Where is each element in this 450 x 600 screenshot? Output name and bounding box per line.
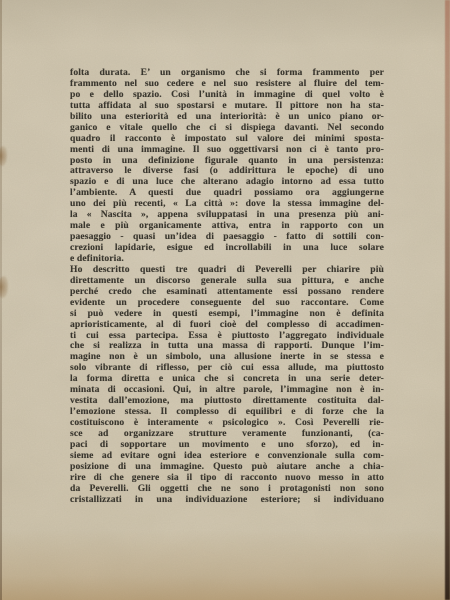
- text-line: menti di una immagine. Il suo oggettivar…: [70, 145, 384, 156]
- text-line: si può vedere in questi esempi, l’immagi…: [70, 309, 384, 320]
- book-page: folta durata. E’ un organismo che si for…: [0, 0, 450, 600]
- text-line: da Peverelli. Gli oggetti che ne sono i …: [70, 484, 384, 495]
- text-line: rire di che genere sia il tipo di raccon…: [70, 473, 384, 484]
- text-line: aprioristicamente, al di fuori cioè del …: [70, 320, 384, 331]
- text-line: cristallizzati in una individuazione est…: [70, 495, 384, 506]
- text-line: quadro il racconto è impostato sul valor…: [70, 134, 384, 145]
- page-right-edge-stain: [445, 0, 450, 600]
- page-bottom-shading: [0, 530, 450, 600]
- paper-blemish: [0, 276, 8, 298]
- text-block: folta durata. E’ un organismo che si for…: [70, 68, 384, 506]
- paper-blemish: [0, 146, 7, 166]
- page-left-edge: [0, 0, 2, 600]
- text-line: evidente un procedere conseguente del su…: [70, 298, 384, 309]
- page-top-shading: [0, 0, 450, 46]
- text-line: ganico e vitale quello che ci si dispieg…: [70, 123, 384, 134]
